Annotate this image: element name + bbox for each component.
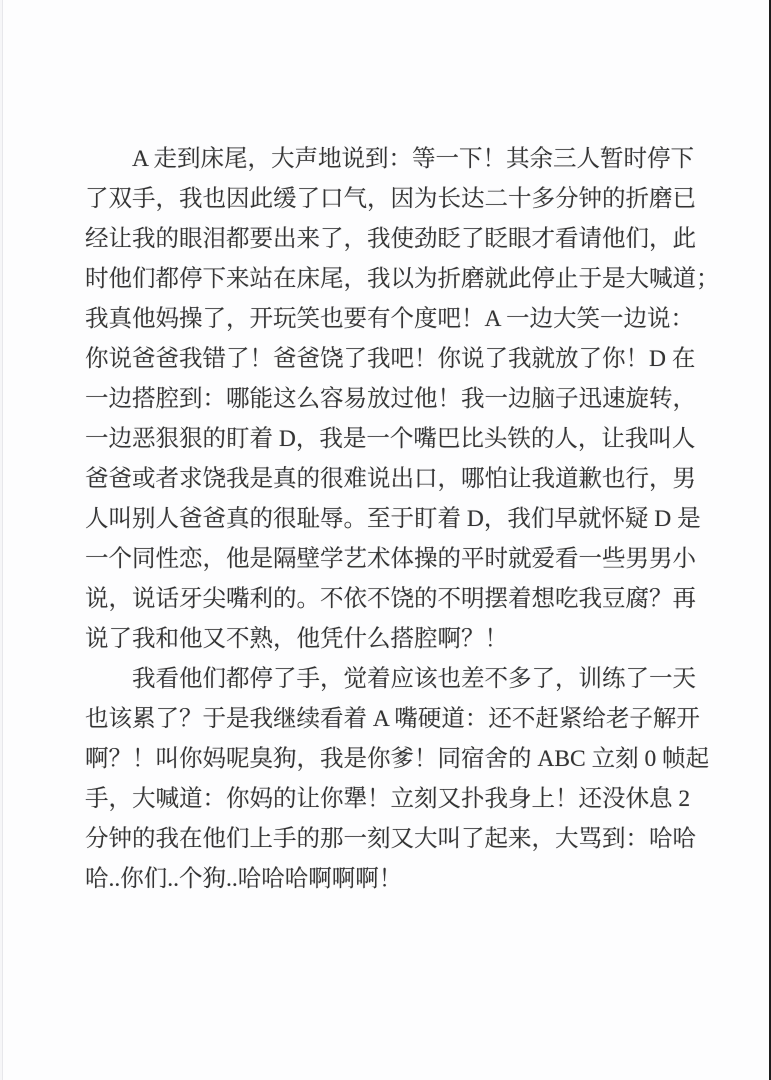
text-line: 时他们都停下来站在床尾，我以为折磨就此停止于是大喊道； (85, 259, 690, 299)
text-line: 了双手，我也因此缓了口气，因为长达二十多分钟的折磨已 (85, 179, 690, 219)
text-line: 哈..你们..个狗..哈哈哈啊啊啊！ (85, 859, 690, 899)
text-line: 一边恶狠狠的盯着 D，我是一个嘴巴比头铁的人，让我叫人 (85, 419, 690, 459)
text-line: 分钟的我在他们上手的那一刻又大叫了起来，大骂到：哈哈 (85, 819, 690, 859)
text-line: 说，说话牙尖嘴利的。不依不饶的不明摆着想吃我豆腐？再 (85, 579, 690, 619)
page-left-edge-line (2, 0, 3, 1080)
document-body-text: A 走到床尾，大声地说到：等一下！其余三人暂时停下了双手，我也因此缓了口气，因为… (85, 139, 690, 899)
document-page: A 走到床尾，大声地说到：等一下！其余三人暂时停下了双手，我也因此缓了口气，因为… (0, 0, 771, 1080)
text-line: 一边搭腔到：哪能这么容易放过他！我一边脑子迅速旋转， (85, 379, 690, 419)
text-line: 我真他妈操了，开玩笑也要有个度吧！A 一边大笑一边说： (85, 299, 690, 339)
text-line: 你说爸爸我错了！爸爸饶了我吧！你说了我就放了你！D 在 (85, 339, 690, 379)
text-line: 也该累了？于是我继续看着 A 嘴硬道：还不赶紧给老子解开 (85, 699, 690, 739)
paragraph: A 走到床尾，大声地说到：等一下！其余三人暂时停下了双手，我也因此缓了口气，因为… (85, 139, 690, 659)
text-line: 人叫别人爸爸真的很耻辱。至于盯着 D，我们早就怀疑 D 是 (85, 499, 690, 539)
text-line: 经让我的眼泪都要出来了，我使劲眨了眨眼才看请他们，此 (85, 219, 690, 259)
text-line: 爸爸或者求饶我是真的很难说出口，哪怕让我道歉也行，男 (85, 459, 690, 499)
text-line: 一个同性恋，他是隔壁学艺术体操的平时就爱看一些男男小 (85, 539, 690, 579)
text-line: 我看他们都停了手，觉着应该也差不多了，训练了一天 (85, 659, 690, 699)
text-line: A 走到床尾，大声地说到：等一下！其余三人暂时停下 (85, 139, 690, 179)
paragraph: 我看他们都停了手，觉着应该也差不多了，训练了一天也该累了？于是我继续看着 A 嘴… (85, 659, 690, 899)
text-line: 手，大喊道：你妈的让你犟！立刻又扑我身上！还没休息 2 (85, 779, 690, 819)
text-line: 说了我和他又不熟，他凭什么搭腔啊？！ (85, 619, 690, 659)
text-line: 啊？！叫你妈呢臭狗，我是你爹！同宿舍的 ABC 立刻 0 帧起 (85, 739, 690, 779)
